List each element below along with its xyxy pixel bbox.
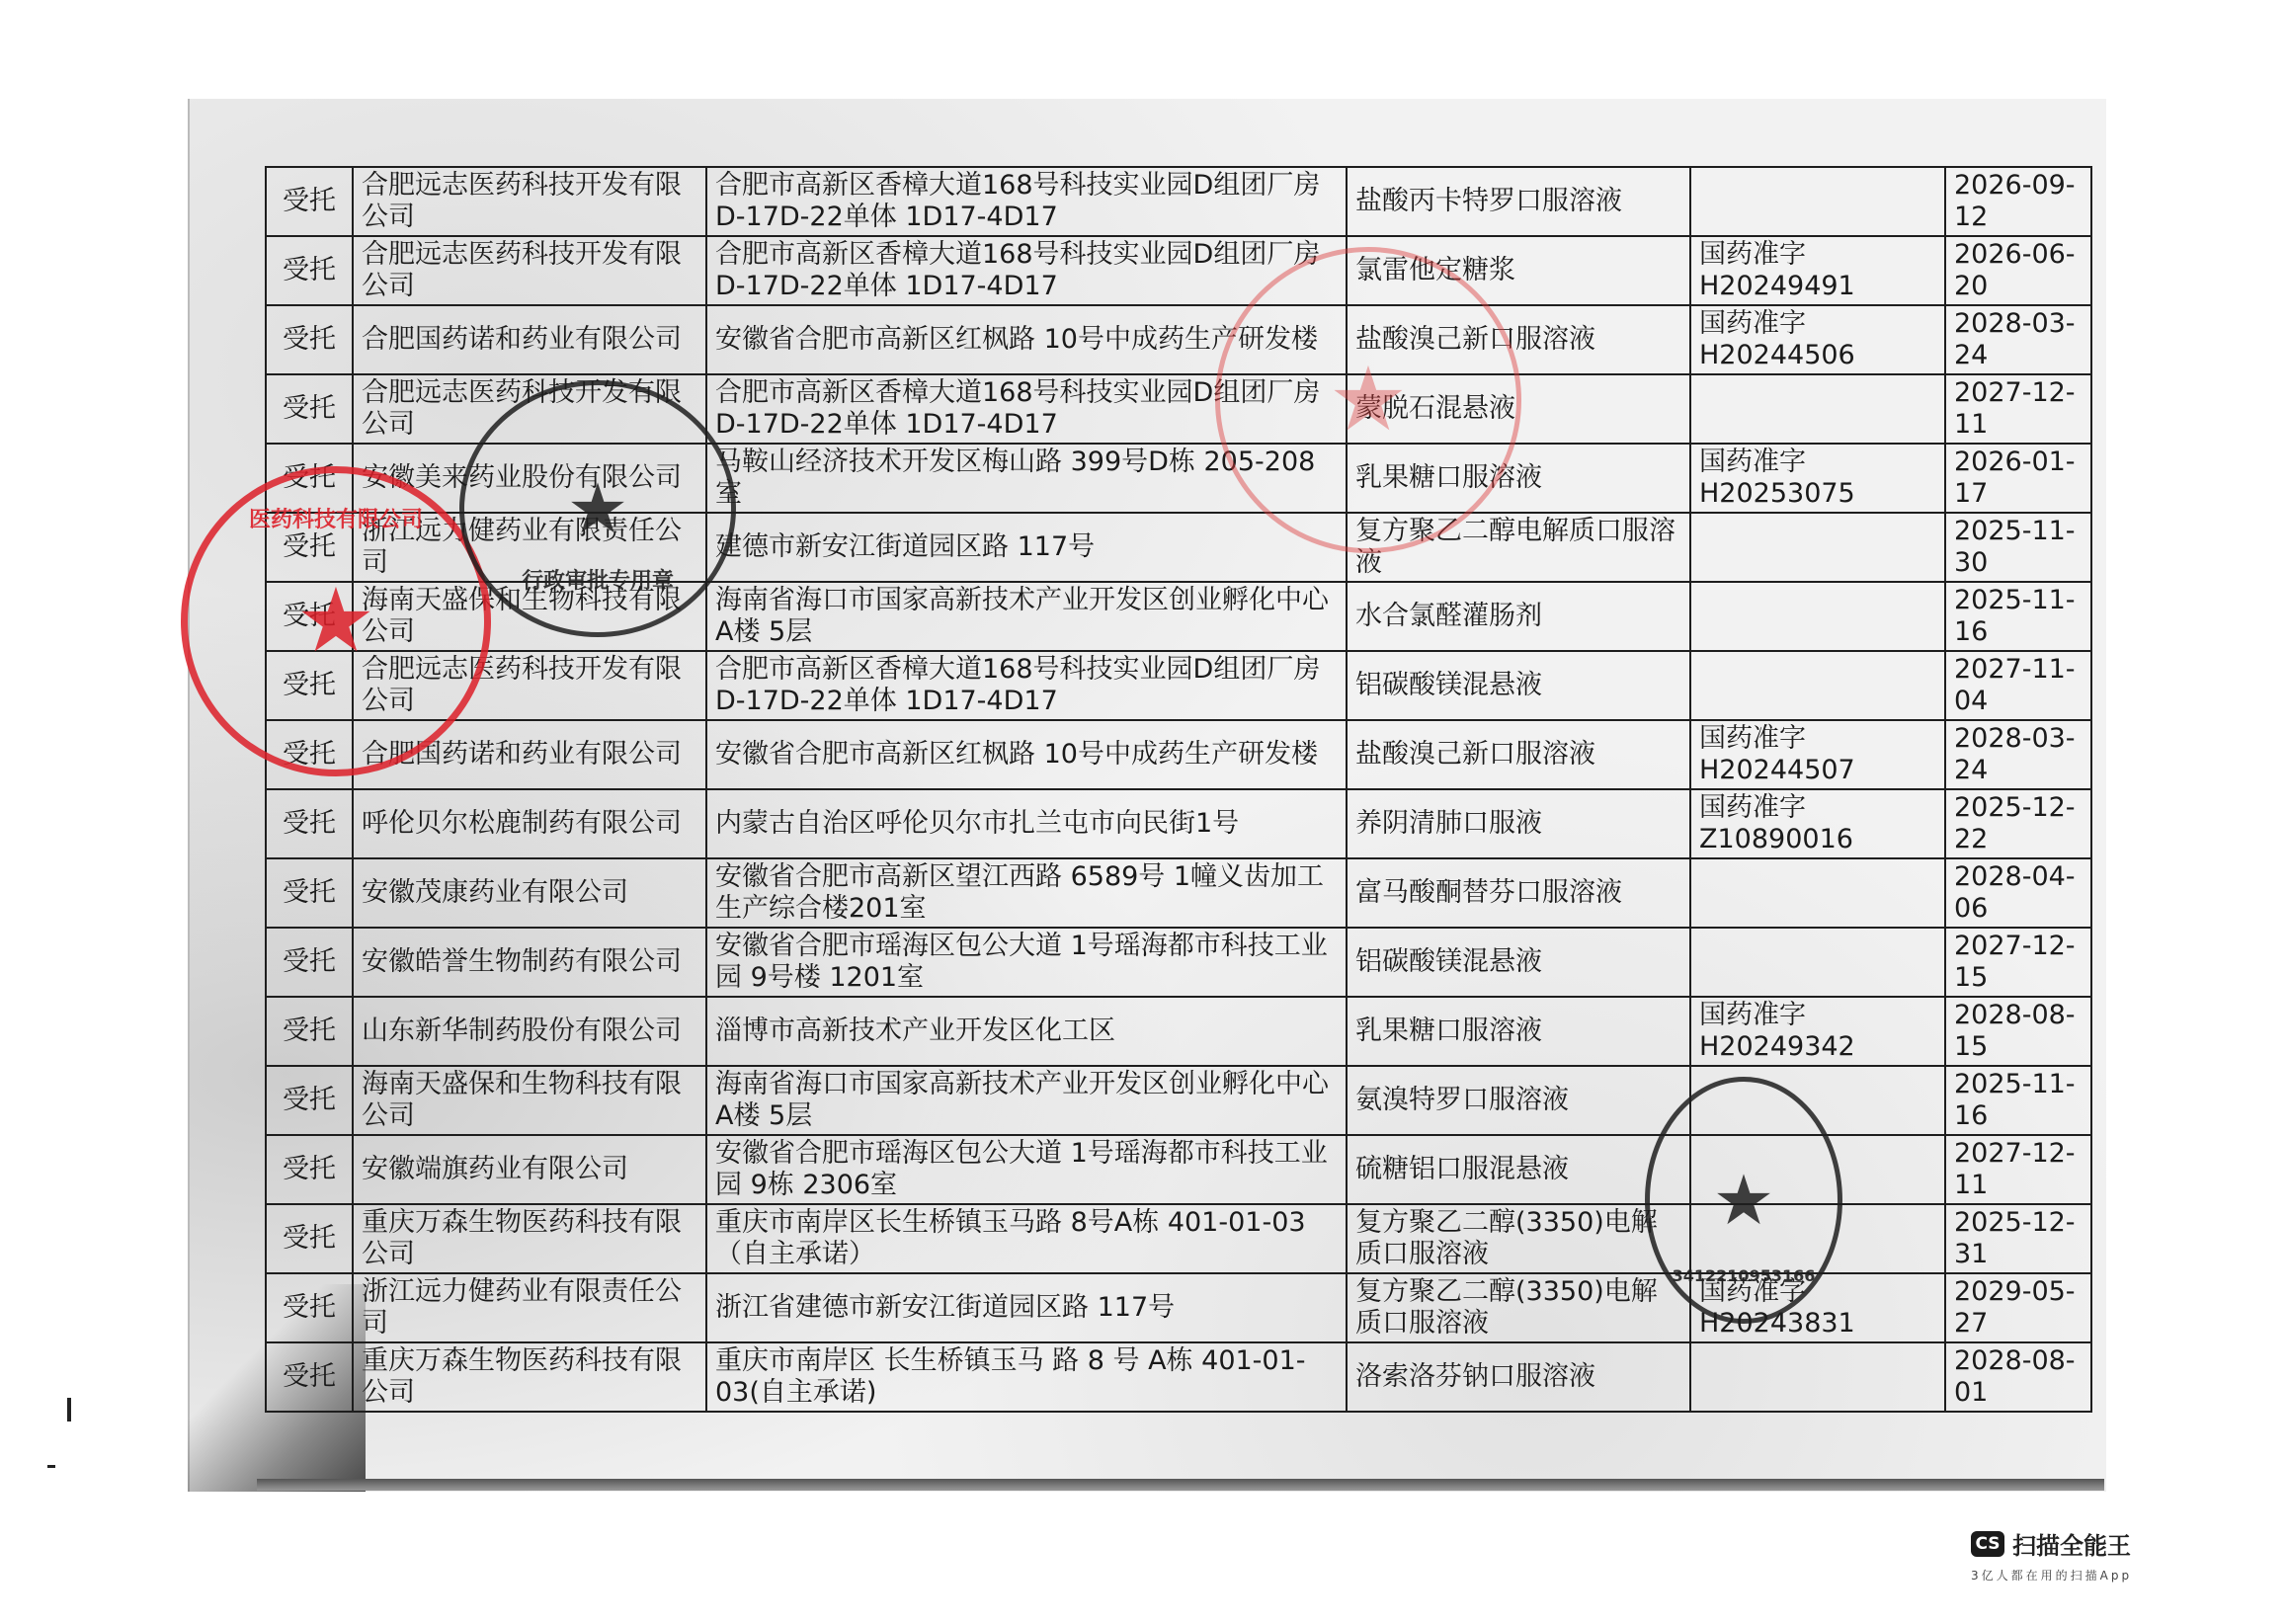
date-part: 2028-04- xyxy=(1954,861,2083,893)
margin-mark xyxy=(67,1398,71,1421)
date-part: 2025-11- xyxy=(1954,1069,2083,1100)
cell-drug-name: 养阴清肺口服液 xyxy=(1347,789,1690,858)
cell-address: 马鞍山经济技术开发区梅山路 399号D栋 205-208室 xyxy=(706,444,1347,513)
cell-company: 安徽端旗药业有限公司 xyxy=(353,1135,706,1204)
cell-approval-number xyxy=(1690,167,1945,236)
cell-drug-name: 硫糖铝口服混悬液 xyxy=(1347,1135,1690,1204)
table-row: 受托安徽皓誉生物制药有限公司安徽省合肥市瑶海区包公大道 1号瑶海都市科技工业园 … xyxy=(266,928,2091,997)
cell-type: 受托 xyxy=(266,997,353,1066)
cell-type: 受托 xyxy=(266,928,353,997)
table-row: 受托合肥国药诺和药业有限公司安徽省合肥市高新区红枫路 10号中成药生产研发楼盐酸… xyxy=(266,305,2091,374)
cell-expiry-date: 2027-12-11 xyxy=(1945,374,2091,444)
date-part: 04 xyxy=(1954,686,2083,717)
cell-drug-name: 铝碳酸镁混悬液 xyxy=(1347,928,1690,997)
cell-address: 合肥市高新区香樟大道168号科技实业园D组团厂房D-17D-22单体 1D17-… xyxy=(706,236,1347,305)
table-row: 受托呼伦贝尔松鹿制药有限公司内蒙古自治区呼伦贝尔市扎兰屯市向民街1号养阴清肺口服… xyxy=(266,789,2091,858)
table-row: 受托海南天盛保和生物科技有限公司海南省海口市国家高新技术产业开发区创业孵化中心A… xyxy=(266,1066,2091,1135)
cell-company: 重庆万森生物医药科技有限公司 xyxy=(353,1342,706,1412)
cell-expiry-date: 2028-03-24 xyxy=(1945,305,2091,374)
date-part: 2028-03- xyxy=(1954,723,2083,755)
date-part: 17 xyxy=(1954,478,2083,510)
cell-expiry-date: 2027-12-15 xyxy=(1945,928,2091,997)
date-part: 2029-05- xyxy=(1954,1276,2083,1308)
cell-approval-number: 国药准字 H20244506 xyxy=(1690,305,1945,374)
cell-approval-number xyxy=(1690,513,1945,582)
date-part: 27 xyxy=(1954,1308,2083,1340)
date-part: 24 xyxy=(1954,755,2083,786)
watermark-subtitle: 3亿人都在用的扫描App xyxy=(1971,1567,2132,1583)
cell-type: 受托 xyxy=(266,444,353,513)
cell-drug-name: 水合氯醛灌肠剂 xyxy=(1347,582,1690,651)
cell-expiry-date: 2028-08-15 xyxy=(1945,997,2091,1066)
table-row: 受托浙江远力健药业有限责任公司建德市新安江街道园区路 117号复方聚乙二醇电解质… xyxy=(266,513,2091,582)
cell-company: 海南天盛保和生物科技有限公司 xyxy=(353,582,706,651)
cell-address: 合肥市高新区香樟大道168号科技实业园D组团厂房D-17D-22单体 1D17-… xyxy=(706,651,1347,720)
cell-address: 重庆市南岸区长生桥镇玉马路 8号A栋 401-01-03（自主承诺） xyxy=(706,1204,1347,1273)
cell-company: 海南天盛保和生物科技有限公司 xyxy=(353,1066,706,1135)
date-part: 12 xyxy=(1954,202,2083,233)
table-row: 受托山东新华制药股份有限公司淄博市高新技术产业开发区化工区乳果糖口服溶液国药准字… xyxy=(266,997,2091,1066)
table-row: 受托合肥远志医药科技开发有限公司合肥市高新区香樟大道168号科技实业园D组团厂房… xyxy=(266,374,2091,444)
cell-type: 受托 xyxy=(266,1066,353,1135)
date-part: 24 xyxy=(1954,340,2083,371)
cell-expiry-date: 2027-11-04 xyxy=(1945,651,2091,720)
cell-drug-name: 氯雷他定糖浆 xyxy=(1347,236,1690,305)
cell-type: 受托 xyxy=(266,651,353,720)
cell-type: 受托 xyxy=(266,513,353,582)
cell-expiry-date: 2027-12-11 xyxy=(1945,1135,2091,1204)
camscanner-logo-icon: CS xyxy=(1971,1531,2004,1557)
table-row: 受托合肥国药诺和药业有限公司安徽省合肥市高新区红枫路 10号中成药生产研发楼盐酸… xyxy=(266,720,2091,789)
cell-company: 重庆万森生物医药科技有限公司 xyxy=(353,1204,706,1273)
cell-type: 受托 xyxy=(266,167,353,236)
cell-drug-name: 富马酸酮替芬口服溶液 xyxy=(1347,858,1690,928)
cell-address: 建德市新安江街道园区路 117号 xyxy=(706,513,1347,582)
cell-approval-number xyxy=(1690,1135,1945,1204)
date-part: 2025-11- xyxy=(1954,585,2083,616)
table-row: 受托合肥远志医药科技开发有限公司合肥市高新区香樟大道168号科技实业园D组团厂房… xyxy=(266,236,2091,305)
date-part: 2025-11- xyxy=(1954,516,2083,547)
date-part: 01 xyxy=(1954,1377,2083,1409)
cell-approval-number: 国药准字 H20244507 xyxy=(1690,720,1945,789)
cell-expiry-date: 2028-03-24 xyxy=(1945,720,2091,789)
cell-approval-number xyxy=(1690,651,1945,720)
cell-company: 浙江远力健药业有限责任公司 xyxy=(353,513,706,582)
table-row: 受托浙江远力健药业有限责任公司浙江省建德市新安江街道园区路 117号复方聚乙二醇… xyxy=(266,1273,2091,1342)
date-part: 2025-12- xyxy=(1954,1207,2083,1239)
date-part: 22 xyxy=(1954,824,2083,855)
cell-address: 安徽省合肥市高新区望江西路 6589号 1幢义齿加工生产综合楼201室 xyxy=(706,858,1347,928)
date-part: 15 xyxy=(1954,962,2083,994)
cell-approval-number xyxy=(1690,582,1945,651)
cell-company: 山东新华制药股份有限公司 xyxy=(353,997,706,1066)
cell-company: 浙江远力健药业有限责任公司 xyxy=(353,1273,706,1342)
cell-drug-name: 复方聚乙二醇电解质口服溶液 xyxy=(1347,513,1690,582)
cell-company: 呼伦贝尔松鹿制药有限公司 xyxy=(353,789,706,858)
date-part: 15 xyxy=(1954,1031,2083,1063)
cell-drug-name: 复方聚乙二醇(3350)电解质口服溶液 xyxy=(1347,1204,1690,1273)
cell-address: 海南省海口市国家高新技术产业开发区创业孵化中心A楼 5层 xyxy=(706,582,1347,651)
cell-type: 受托 xyxy=(266,236,353,305)
cell-drug-name: 乳果糖口服溶液 xyxy=(1347,997,1690,1066)
cell-type: 受托 xyxy=(266,305,353,374)
cell-company: 合肥远志医药科技开发有限公司 xyxy=(353,651,706,720)
date-part: 2028-08- xyxy=(1954,1345,2083,1377)
date-part: 2027-11- xyxy=(1954,654,2083,686)
date-part: 20 xyxy=(1954,271,2083,302)
cell-type: 受托 xyxy=(266,582,353,651)
date-part: 2025-12- xyxy=(1954,792,2083,824)
cell-type: 受托 xyxy=(266,1204,353,1273)
cell-drug-name: 盐酸溴己新口服溶液 xyxy=(1347,720,1690,789)
cell-address: 内蒙古自治区呼伦贝尔市扎兰屯市向民街1号 xyxy=(706,789,1347,858)
cell-expiry-date: 2025-12-31 xyxy=(1945,1204,2091,1273)
cell-expiry-date: 2026-01-17 xyxy=(1945,444,2091,513)
camscanner-watermark: CS 扫描全能王 3亿人都在用的扫描App xyxy=(1971,1526,2132,1583)
table-row: 受托重庆万森生物医药科技有限公司重庆市南岸区长生桥镇玉马路 8号A栋 401-0… xyxy=(266,1204,2091,1273)
cell-approval-number xyxy=(1690,374,1945,444)
cell-expiry-date: 2025-11-30 xyxy=(1945,513,2091,582)
date-part: 2027-12- xyxy=(1954,931,2083,962)
cell-address: 安徽省合肥市高新区红枫路 10号中成药生产研发楼 xyxy=(706,720,1347,789)
date-part: 16 xyxy=(1954,1100,2083,1132)
cell-type: 受托 xyxy=(266,374,353,444)
table-row: 受托合肥远志医药科技开发有限公司合肥市高新区香樟大道168号科技实业园D组团厂房… xyxy=(266,167,2091,236)
table-row: 受托重庆万森生物医药科技有限公司重庆市南岸区 长生桥镇玉马 路 8 号 A栋 4… xyxy=(266,1342,2091,1412)
cell-company: 合肥国药诺和药业有限公司 xyxy=(353,305,706,374)
cell-company: 合肥远志医药科技开发有限公司 xyxy=(353,236,706,305)
date-part: 30 xyxy=(1954,547,2083,579)
date-part: 2028-03- xyxy=(1954,308,2083,340)
cell-drug-name: 铝碳酸镁混悬液 xyxy=(1347,651,1690,720)
cell-expiry-date: 2025-11-16 xyxy=(1945,582,2091,651)
date-part: 11 xyxy=(1954,1170,2083,1201)
cell-drug-name: 复方聚乙二醇(3350)电解质口服溶液 xyxy=(1347,1273,1690,1342)
date-part: 2028-08- xyxy=(1954,1000,2083,1031)
cell-expiry-date: 2025-12-22 xyxy=(1945,789,2091,858)
date-part: 2026-06- xyxy=(1954,239,2083,271)
table-row: 受托安徽茂康药业有限公司安徽省合肥市高新区望江西路 6589号 1幢义齿加工生产… xyxy=(266,858,2091,928)
cell-drug-name: 乳果糖口服溶液 xyxy=(1347,444,1690,513)
date-part: 2026-09- xyxy=(1954,170,2083,202)
cell-company: 安徽皓誉生物制药有限公司 xyxy=(353,928,706,997)
cell-approval-number: 国药准字 Z10890016 xyxy=(1690,789,1945,858)
table-row: 受托合肥远志医药科技开发有限公司合肥市高新区香樟大道168号科技实业园D组团厂房… xyxy=(266,651,2091,720)
cell-approval-number: 国药准字 H20249491 xyxy=(1690,236,1945,305)
table-row: 受托安徽端旗药业有限公司安徽省合肥市瑶海区包公大道 1号瑶海都市科技工业园 9栋… xyxy=(266,1135,2091,1204)
cell-company: 合肥国药诺和药业有限公司 xyxy=(353,720,706,789)
cell-approval-number xyxy=(1690,858,1945,928)
cell-address: 安徽省合肥市瑶海区包公大道 1号瑶海都市科技工业园 9栋 2306室 xyxy=(706,1135,1347,1204)
cell-address: 海南省海口市国家高新技术产业开发区创业孵化中心A楼 5层 xyxy=(706,1066,1347,1135)
cell-drug-name: 盐酸溴己新口服溶液 xyxy=(1347,305,1690,374)
cell-expiry-date: 2028-04-06 xyxy=(1945,858,2091,928)
cell-expiry-date: 2028-08-01 xyxy=(1945,1342,2091,1412)
cell-address: 重庆市南岸区 长生桥镇玉马 路 8 号 A栋 401-01-03(自主承诺) xyxy=(706,1342,1347,1412)
cell-approval-number xyxy=(1690,1342,1945,1412)
cell-company: 安徽美来药业股份有限公司 xyxy=(353,444,706,513)
cell-address: 安徽省合肥市高新区红枫路 10号中成药生产研发楼 xyxy=(706,305,1347,374)
scan-edge-shadow xyxy=(257,1479,2104,1491)
cell-approval-number xyxy=(1690,1066,1945,1135)
cell-type: 受托 xyxy=(266,858,353,928)
watermark-title: 扫描全能王 xyxy=(2012,1526,2131,1561)
date-part: 11 xyxy=(1954,409,2083,441)
cell-drug-name: 氨溴特罗口服溶液 xyxy=(1347,1066,1690,1135)
cell-type: 受托 xyxy=(266,1135,353,1204)
date-part: 16 xyxy=(1954,616,2083,648)
cell-type: 受托 xyxy=(266,720,353,789)
cell-company: 合肥远志医药科技开发有限公司 xyxy=(353,374,706,444)
cell-address: 浙江省建德市新安江街道园区路 117号 xyxy=(706,1273,1347,1342)
cell-approval-number xyxy=(1690,928,1945,997)
cell-address: 淄博市高新技术产业开发区化工区 xyxy=(706,997,1347,1066)
table-row: 受托海南天盛保和生物科技有限公司海南省海口市国家高新技术产业开发区创业孵化中心A… xyxy=(266,582,2091,651)
cell-type: 受托 xyxy=(266,1342,353,1412)
cell-approval-number: 国药准字 H20253075 xyxy=(1690,444,1945,513)
cell-expiry-date: 2029-05-27 xyxy=(1945,1273,2091,1342)
cell-company: 安徽茂康药业有限公司 xyxy=(353,858,706,928)
cell-drug-name: 洛索洛芬钠口服溶液 xyxy=(1347,1342,1690,1412)
date-part: 2027-12- xyxy=(1954,377,2083,409)
margin-mark xyxy=(47,1465,55,1468)
cell-company: 合肥远志医药科技开发有限公司 xyxy=(353,167,706,236)
cell-address: 合肥市高新区香樟大道168号科技实业园D组团厂房D-17D-22单体 1D17-… xyxy=(706,167,1347,236)
cell-expiry-date: 2026-09-12 xyxy=(1945,167,2091,236)
cell-address: 合肥市高新区香樟大道168号科技实业园D组团厂房D-17D-22单体 1D17-… xyxy=(706,374,1347,444)
cell-approval-number: 国药准字 H20243831 xyxy=(1690,1273,1945,1342)
table-row: 受托安徽美来药业股份有限公司马鞍山经济技术开发区梅山路 399号D栋 205-2… xyxy=(266,444,2091,513)
cell-address: 安徽省合肥市瑶海区包公大道 1号瑶海都市科技工业园 9号楼 1201室 xyxy=(706,928,1347,997)
cell-expiry-date: 2025-11-16 xyxy=(1945,1066,2091,1135)
entrusted-production-table: 受托合肥远志医药科技开发有限公司合肥市高新区香樟大道168号科技实业园D组团厂房… xyxy=(265,166,2092,1413)
cell-type: 受托 xyxy=(266,1273,353,1342)
date-part: 2026-01- xyxy=(1954,447,2083,478)
cell-expiry-date: 2026-06-20 xyxy=(1945,236,2091,305)
cell-type: 受托 xyxy=(266,789,353,858)
cell-drug-name: 盐酸丙卡特罗口服溶液 xyxy=(1347,167,1690,236)
date-part: 2027-12- xyxy=(1954,1138,2083,1170)
date-part: 31 xyxy=(1954,1239,2083,1270)
date-part: 06 xyxy=(1954,893,2083,925)
cell-drug-name: 蒙脱石混悬液 xyxy=(1347,374,1690,444)
cell-approval-number xyxy=(1690,1204,1945,1273)
cell-approval-number: 国药准字 H20249342 xyxy=(1690,997,1945,1066)
